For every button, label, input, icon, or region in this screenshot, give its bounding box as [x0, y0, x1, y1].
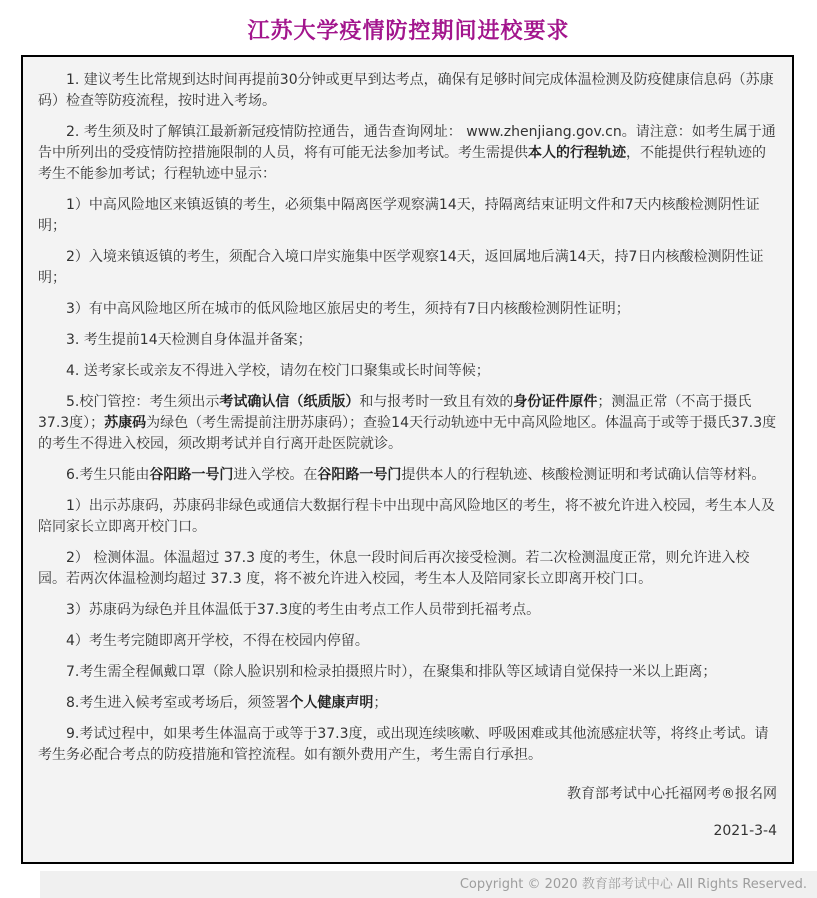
notice-box: 1. 建议考生比常规到达时间再提前30分钟或更早到达考点，确保有足够时间完成体温… — [21, 55, 794, 864]
notice-paragraph: 4）考生考完随即离开学校，不得在校园内停留。 — [38, 631, 777, 652]
notice-text: 和与报考时一致且有效的 — [359, 394, 513, 410]
notice-paragraph: 2. 考生须及时了解镇江最新新冠疫情防控通告，通告查询网址： www.zhenj… — [38, 122, 777, 185]
site-footer: Copyright © 2020 教育部考试中心 All Rights Rese… — [40, 871, 817, 898]
notice-text: 9.考试过程中，如果考生体温高于或等于37.3度，或出现连续咳嗽、呼吸困难或其他… — [38, 726, 769, 763]
notice-text: 3. 考生提前14天检测自身体温并备案； — [66, 332, 312, 348]
notice-text: 5.校门管控：考生须出示 — [66, 394, 219, 410]
notice-paragraph: 9.考试过程中，如果考生体温高于或等于37.3度，或出现连续咳嗽、呼吸困难或其他… — [38, 724, 777, 766]
page-title: 江苏大学疫情防控期间进校要求 — [0, 14, 817, 45]
notice-paragraph: 2）入境来镇返镇的考生，须配合入境口岸实施集中医学观察14天，返回属地后满14天… — [38, 247, 777, 289]
copyright-text: Copyright © 2020 教育部考试中心 All Rights Rese… — [460, 877, 807, 892]
notice-paragraph: 8.考生进入候考室或考场后，须签署个人健康声明； — [38, 693, 777, 714]
notice-text: 1）中高风险地区来镇返镇的考生，必须集中隔离医学观察满14天，持隔离结束证明文件… — [38, 197, 760, 234]
notice-paragraph: 1. 建议考生比常规到达时间再提前30分钟或更早到达考点，确保有足够时间完成体温… — [38, 70, 777, 112]
notice-text-bold: 身份证件原件 — [513, 394, 597, 410]
notice-paragraph: 1）出示苏康码，苏康码非绿色或通信大数据行程卡中出现中高风险地区的考生，将不被允… — [38, 496, 777, 538]
notice-text: 8.考生进入候考室或考场后，须签署 — [66, 695, 289, 711]
notice-text-bold: 个人健康声明 — [289, 695, 373, 711]
date: 2021-3-4 — [38, 821, 777, 842]
notice-paragraph: 1）中高风险地区来镇返镇的考生，必须集中隔离医学观察满14天，持隔离结束证明文件… — [38, 195, 777, 237]
notice-text-bold: 谷阳路一号门 — [317, 467, 401, 483]
notice-paragraph: 3）苏康码为绿色并且体温低于37.3度的考生由考点工作人员带到托福考点。 — [38, 600, 777, 621]
notice-text: 7.考生需全程佩戴口罩（除人脸识别和检录拍摄照片时），在聚集和排队等区域请自觉保… — [66, 664, 716, 680]
notice-paragraph: 7.考生需全程佩戴口罩（除人脸识别和检录拍摄照片时），在聚集和排队等区域请自觉保… — [38, 662, 777, 683]
notice-page: 江苏大学疫情防控期间进校要求 1. 建议考生比常规到达时间再提前30分钟或更早到… — [0, 0, 817, 898]
signature: 教育部考试中心托福网考®报名网 — [38, 784, 777, 805]
notice-text: 4）考生考完随即离开学校，不得在校园内停留。 — [66, 633, 369, 649]
notice-text: 提供本人的行程轨迹、核酸检测证明和考试确认信等材料。 — [401, 467, 765, 483]
notice-text-bold: 考试确认信（纸质版） — [219, 394, 359, 410]
notice-text: 2） 检测体温。体温超过 37.3 度的考生，休息一段时间后再次接受检测。若二次… — [38, 550, 749, 587]
notice-text-bold: 谷阳路一号门 — [149, 467, 233, 483]
notice-text: 4. 送考家长或亲友不得进入学校，请勿在校门口聚集或长时间等候； — [66, 363, 490, 379]
notice-paragraphs: 1. 建议考生比常规到达时间再提前30分钟或更早到达考点，确保有足够时间完成体温… — [38, 70, 777, 766]
notice-text: 3）苏康码为绿色并且体温低于37.3度的考生由考点工作人员带到托福考点。 — [66, 602, 540, 618]
notice-paragraph: 4. 送考家长或亲友不得进入学校，请勿在校门口聚集或长时间等候； — [38, 361, 777, 382]
notice-text: ； — [373, 695, 387, 711]
notice-text: 3）有中高风险地区所在城市的低风险地区旅居史的考生，须持有7日内核酸检测阴性证明… — [66, 301, 630, 317]
notice-paragraph: 2） 检测体温。体温超过 37.3 度的考生，休息一段时间后再次接受检测。若二次… — [38, 548, 777, 590]
notice-text: 2）入境来镇返镇的考生，须配合入境口岸实施集中医学观察14天，返回属地后满14天… — [38, 249, 763, 286]
notice-paragraph: 6.考生只能由谷阳路一号门进入学校。在谷阳路一号门提供本人的行程轨迹、核酸检测证… — [38, 465, 777, 486]
notice-text: 1）出示苏康码，苏康码非绿色或通信大数据行程卡中出现中高风险地区的考生，将不被允… — [38, 498, 775, 535]
notice-paragraph: 3. 考生提前14天检测自身体温并备案； — [38, 330, 777, 351]
notice-text-bold: 苏康码 — [104, 415, 146, 431]
notice-text: 进入学校。在 — [233, 467, 317, 483]
notice-paragraph: 3）有中高风险地区所在城市的低风险地区旅居史的考生，须持有7日内核酸检测阴性证明… — [38, 299, 777, 320]
notice-text: 为绿色（考生需提前注册苏康码）；查验14天行动轨迹中无中高风险地区。体温高于或等… — [38, 415, 776, 452]
notice-text-bold: 本人的行程轨迹 — [528, 145, 626, 161]
notice-text: 1. 建议考生比常规到达时间再提前30分钟或更早到达考点，确保有足够时间完成体温… — [38, 72, 774, 109]
notice-text: 6.考生只能由 — [66, 467, 149, 483]
notice-paragraph: 5.校门管控：考生须出示考试确认信（纸质版）和与报考时一致且有效的身份证件原件；… — [38, 392, 777, 455]
